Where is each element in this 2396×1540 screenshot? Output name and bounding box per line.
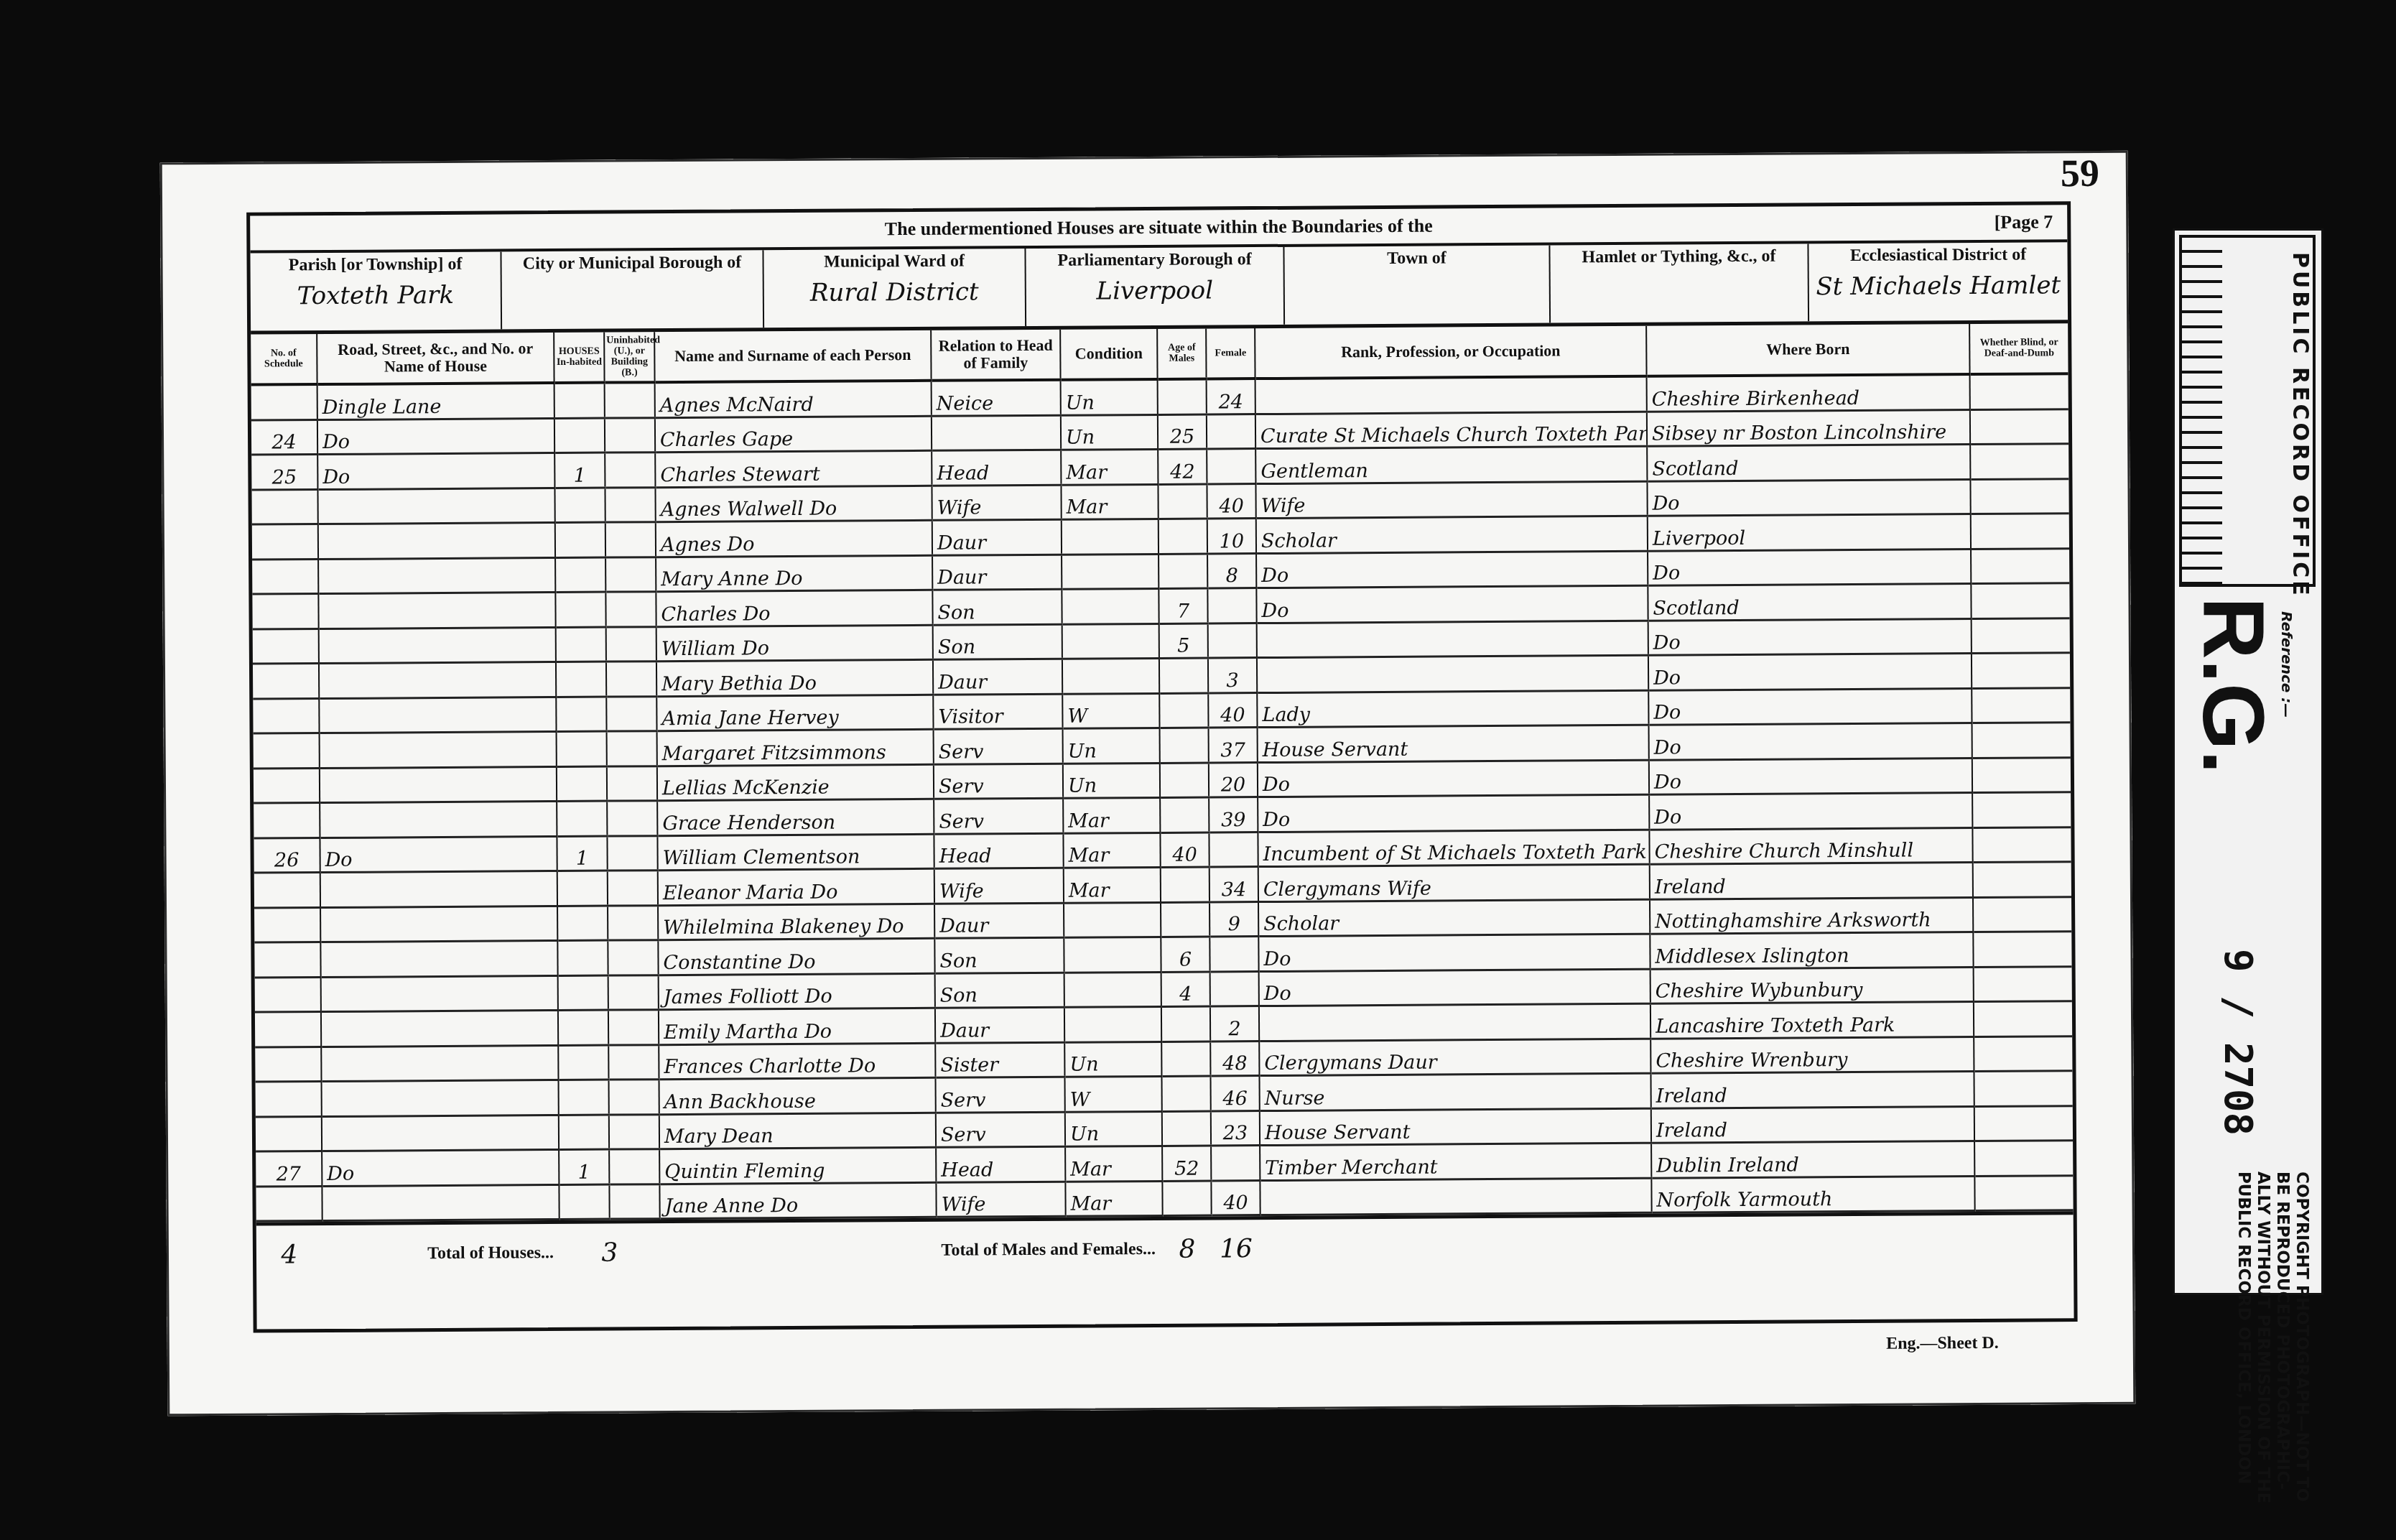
cell-occupation [1257, 655, 1648, 692]
cell-name: Charles Do [656, 590, 932, 626]
cell-condition [1062, 623, 1159, 659]
col-inhabited: HOUSES In-habited [554, 333, 604, 383]
cell-road [317, 488, 554, 524]
cell-name: Lellias McKenzie [657, 764, 934, 801]
cell-male: 7 [1158, 588, 1207, 623]
cell-road [320, 906, 557, 942]
cell-born: Do [1648, 688, 1972, 725]
cell-female: 37 [1209, 728, 1258, 763]
piece-number: 9 / 2708 [2216, 949, 2261, 1136]
cell-born: Ireland [1650, 1071, 1974, 1108]
cell-condition: Mar [1064, 867, 1161, 902]
cell-female [1209, 832, 1258, 867]
cell-name: William Do [656, 625, 933, 662]
cell-road [319, 697, 556, 733]
cell-name: Mary Dean [659, 1113, 936, 1149]
cell-name: Eleanor Maria Do [658, 868, 934, 905]
cell-road [319, 662, 556, 699]
cell-empty [605, 522, 656, 557]
cell-female: 8 [1207, 553, 1256, 588]
cell-schedule [251, 384, 317, 420]
cell-occupation: Clergymans Wife [1258, 864, 1650, 901]
total-males: 8 [1163, 1234, 1212, 1263]
place-value: St Michaels Hamlet [1815, 271, 2062, 301]
cell-condition: Un [1063, 728, 1160, 763]
cell-inhabited [558, 1045, 608, 1080]
cell-name: Agnes Walwell Do [655, 486, 932, 522]
cell-empty [605, 557, 656, 592]
cell-empty [607, 801, 657, 836]
cell-inhabited [554, 488, 605, 523]
cell-empty [1970, 478, 2068, 514]
cell-occupation: Wife [1255, 481, 1647, 519]
cell-schedule [254, 907, 320, 942]
cell-schedule [255, 977, 321, 1012]
col-road: Road, Street, &c., and No. or Name of Ho… [317, 333, 554, 384]
reference-strip: PUBLIC RECORD OFFICE Reference :— R.G. 9… [2173, 228, 2323, 1295]
cell-female: 39 [1209, 797, 1258, 832]
cell-empty [1974, 1105, 2073, 1141]
place-parish: Parish [or Township] of Toxteth Park [250, 251, 502, 330]
cell-inhabited [559, 1115, 609, 1150]
cell-male [1158, 379, 1207, 414]
place-value [1556, 272, 1802, 274]
cell-empty [1972, 687, 2070, 723]
cell-inhabited: 1 [557, 836, 607, 871]
cell-male [1160, 762, 1209, 797]
col-relation: Relation to Head of Family [931, 330, 1060, 381]
schedules-count: 4 [256, 1240, 322, 1270]
total-females: 16 [1212, 1234, 1260, 1263]
place-headers: Parish [or Township] of Toxteth Park Cit… [250, 242, 2068, 334]
cell-inhabited [559, 1184, 609, 1220]
cell-male [1159, 658, 1208, 693]
place-value: Rural District [770, 277, 1019, 307]
cell-empty [607, 835, 657, 871]
cell-relation: Daur [935, 1007, 1064, 1043]
cell-male [1158, 553, 1207, 588]
cell-empty [1973, 862, 2071, 897]
cell-born: Do [1648, 653, 1972, 690]
office-label: PUBLIC RECORD OFFICE [2288, 252, 2313, 598]
cell-male [1160, 797, 1209, 832]
cell-relation: Serv [936, 1112, 1065, 1148]
cell-name: Margaret Fitzsimmons [657, 729, 934, 766]
cell-inhabited [558, 975, 608, 1011]
cell-name: Frances Charlotte Do [659, 1043, 935, 1080]
cell-female: 46 [1210, 1076, 1259, 1111]
cell-born: Cheshire Church Minshull [1649, 827, 1972, 864]
place-city: City or Municipal Borough of [501, 250, 764, 329]
cell-schedule [254, 768, 320, 803]
cell-name: Agnes McNaird [655, 381, 932, 417]
cell-occupation: Do [1258, 794, 1649, 832]
cell-schedule: 24 [251, 419, 317, 455]
cell-empty [1974, 1175, 2073, 1210]
cell-relation: Serv [934, 728, 1063, 764]
cell-relation: Head [934, 833, 1063, 869]
cell-schedule [252, 594, 318, 629]
cell-male [1159, 692, 1208, 728]
cell-name: Emily Martha Do [659, 1008, 935, 1044]
ruler: PUBLIC RECORD OFFICE [2179, 235, 2316, 587]
cell-empty [605, 453, 655, 488]
cell-road: Dingle Lane [317, 383, 554, 419]
cell-road: Do [317, 453, 554, 490]
census-rows: Dingle LaneAgnes McNairdNeiceUn24Cheshir… [251, 374, 2074, 1221]
cell-empty [605, 487, 655, 522]
cell-empty [1971, 583, 2069, 618]
cell-female: 24 [1207, 379, 1255, 414]
cell-empty [608, 975, 659, 1010]
class-code: R.G. [2183, 597, 2283, 774]
place-value: Liverpool [1032, 276, 1278, 306]
cell-road [321, 975, 558, 1012]
cell-empty [605, 382, 655, 417]
cell-born: Ireland [1650, 862, 1973, 899]
cell-relation: Serv [935, 1077, 1064, 1113]
cell-relation: Daur [933, 659, 1062, 695]
cell-condition: Un [1061, 414, 1158, 450]
cell-inhabited [557, 766, 607, 802]
cell-female [1207, 588, 1256, 623]
cell-name: Charles Stewart [655, 450, 932, 487]
cell-condition: W [1062, 693, 1159, 728]
cell-male [1161, 901, 1209, 937]
cell-condition [1064, 1006, 1161, 1042]
cell-empty [1974, 1036, 2072, 1071]
cell-occupation: Nurse [1259, 1073, 1650, 1110]
cell-condition [1064, 972, 1161, 1007]
cell-name: Charles Gape [655, 416, 932, 453]
cell-empty [1972, 618, 2070, 653]
cell-road: Do [320, 836, 557, 873]
cell-empty [609, 1114, 659, 1149]
cell-condition: Un [1065, 1111, 1162, 1146]
cell-female: 34 [1209, 867, 1258, 902]
cell-road [322, 1184, 559, 1221]
cell-schedule [256, 1186, 322, 1221]
totals-row: 4 Total of Houses... 3 Total of Males an… [256, 1211, 2074, 1283]
cell-empty [1970, 374, 2068, 409]
cell-male: 25 [1158, 414, 1207, 449]
cell-road [321, 1045, 558, 1082]
cell-female [1209, 937, 1258, 972]
cell-born: Lancashire Toxteth Park [1650, 1001, 1974, 1038]
cell-relation: Wife [932, 485, 1061, 521]
cell-empty [1974, 1071, 2072, 1106]
folio-number: 59 [2061, 151, 2099, 195]
cell-empty [1972, 723, 2071, 758]
cell-empty [1971, 514, 2069, 549]
cell-empty [1972, 827, 2071, 862]
cell-name: Whilelmina Blakeney Do [658, 904, 934, 940]
cell-male [1162, 1180, 1211, 1215]
col-uninhabited: Uninhabited (U.), or Building (B.) [604, 332, 654, 382]
cell-empty [608, 940, 658, 975]
cell-road [319, 627, 556, 664]
place-ward: Municipal Ward of Rural District [763, 249, 1026, 328]
cell-male [1161, 1041, 1210, 1076]
cell-condition [1064, 902, 1161, 937]
census-sheet: 59 The undermentioned Houses are situate… [160, 151, 2136, 1416]
cell-occupation: Lady [1257, 690, 1648, 728]
col-condition: Condition [1060, 329, 1157, 380]
cell-male [1161, 1076, 1210, 1111]
cell-male [1158, 519, 1207, 554]
cell-condition: Mar [1065, 1181, 1162, 1216]
col-schedule: No. of Schedule [251, 334, 317, 385]
place-value: Toxteth Park [256, 281, 495, 311]
cell-road [322, 1115, 559, 1151]
cell-condition [1062, 554, 1158, 589]
cell-schedule: 26 [254, 838, 320, 873]
census-form: The undermentioned Houses are situate wi… [246, 201, 2077, 1332]
cell-inhabited [555, 557, 605, 593]
cell-born: Cheshire Birkenhead [1647, 374, 1970, 412]
cell-occupation: Do [1258, 934, 1650, 971]
cell-inhabited [558, 1010, 608, 1045]
cell-schedule [253, 664, 319, 699]
cell-relation: Sister [935, 1042, 1064, 1078]
cell-relation: Daur [932, 519, 1062, 555]
cell-name: Mary Anne Do [656, 555, 932, 592]
cell-empty [1972, 792, 2071, 827]
cell-male [1161, 1006, 1210, 1042]
cell-inhabited [556, 662, 606, 697]
cell-empty [1970, 409, 2068, 444]
cell-born: Cheshire Wybunbury [1650, 967, 1974, 1003]
cell-born: Do [1649, 792, 1972, 829]
cell-born: Norfolk Yarmouth [1651, 1176, 1974, 1212]
cell-schedule: 27 [256, 1151, 322, 1187]
cell-relation: Son [935, 973, 1064, 1008]
cell-empty [609, 1149, 659, 1184]
cell-occupation [1260, 1178, 1651, 1215]
cell-empty [1974, 966, 2072, 1001]
cell-relation: Son [934, 937, 1064, 973]
cell-inhabited [557, 801, 607, 836]
cell-born: Do [1649, 758, 1972, 794]
cell-condition: Mar [1063, 832, 1160, 868]
cell-condition [1064, 937, 1161, 972]
cell-relation: Son [933, 624, 1062, 660]
place-hamlet: Hamlet or Tything, &c., of [1550, 243, 1809, 323]
cell-female [1211, 1146, 1260, 1181]
cell-born: Do [1648, 618, 1972, 655]
cell-male [1162, 1110, 1211, 1146]
cell-empty [605, 417, 655, 453]
cell-condition: Mar [1061, 449, 1158, 484]
cell-inhabited: 1 [559, 1149, 609, 1184]
cell-occupation: Do [1256, 551, 1648, 588]
cell-occupation: Scholar [1258, 899, 1650, 937]
cell-condition: Un [1063, 763, 1160, 798]
cell-name: William Clementson [657, 834, 934, 871]
cell-schedule [251, 489, 317, 524]
cell-empty [608, 871, 658, 906]
cell-condition: Mar [1061, 484, 1158, 519]
cell-name: Constantine Do [658, 938, 934, 975]
cell-relation: Visitor [933, 694, 1062, 730]
cell-empty [605, 592, 656, 627]
cell-female: 20 [1209, 762, 1258, 797]
cell-condition: Un [1061, 379, 1158, 415]
cell-occupation: House Servant [1260, 1108, 1651, 1146]
cell-male: 40 [1160, 832, 1209, 867]
cell-inhabited [554, 383, 605, 418]
cell-female: 9 [1209, 901, 1258, 937]
cell-schedule [254, 942, 320, 978]
cell-male: 4 [1161, 971, 1210, 1006]
cell-schedule [253, 628, 319, 664]
cell-inhabited [557, 731, 607, 766]
col-age-females: Female [1206, 328, 1255, 379]
cell-male [1160, 728, 1209, 763]
cell-relation: Wife [934, 868, 1064, 904]
cell-road [321, 1011, 558, 1047]
cell-road [318, 593, 555, 629]
cell-condition [1062, 588, 1158, 623]
cell-road [320, 802, 557, 838]
cell-relation: Head [932, 450, 1061, 486]
cell-schedule [254, 873, 320, 908]
cell-relation [932, 415, 1061, 451]
cell-road: Do [322, 1150, 559, 1187]
place-value [1291, 274, 1543, 276]
cell-empty [606, 626, 656, 662]
cell-inhabited [555, 522, 605, 557]
cell-relation: Wife [936, 1182, 1065, 1217]
cell-born: Ireland [1651, 1106, 1974, 1143]
cell-occupation: Incumbent of St Michaels Toxteth Park [1258, 830, 1649, 867]
cell-road [320, 732, 557, 769]
cell-born: Do [1649, 723, 1972, 759]
cell-occupation: Do [1256, 585, 1648, 623]
copyright-notice: COPYRIGHT PHOTOGRAPH—NOT TO BE REPRODUCE… [2234, 1172, 2311, 1503]
cell-empty [608, 1044, 659, 1080]
cell-schedule [254, 733, 320, 769]
cell-name: Agnes Do [656, 520, 932, 557]
cell-born: Dublin Ireland [1651, 1141, 1974, 1177]
cell-relation: Son [932, 589, 1062, 625]
cell-relation: Daur [934, 903, 1064, 939]
total-houses-value: 3 [559, 1238, 660, 1268]
cell-name: James Folliott Do [659, 973, 935, 1010]
cell-empty [1974, 1141, 2073, 1176]
cell-inhabited [557, 871, 608, 906]
cell-born: Do [1647, 479, 1970, 516]
cell-schedule: 25 [251, 455, 317, 490]
census-table: No. of Schedule Road, Street, &c., and N… [251, 323, 2074, 1222]
cell-empty [1973, 896, 2071, 932]
cell-female [1207, 449, 1255, 484]
cell-schedule [255, 1012, 321, 1047]
cell-occupation: Gentleman [1255, 446, 1647, 483]
cell-empty [1972, 757, 2071, 792]
cell-name: Mary Bethia Do [656, 659, 933, 696]
cell-occupation [1255, 376, 1647, 414]
cell-empty [607, 766, 657, 801]
cell-condition: Mar [1063, 797, 1160, 832]
cell-road [318, 557, 555, 594]
cell-born: Middlesex Islington [1650, 932, 1973, 968]
cell-road [318, 523, 555, 560]
cell-born: Scotland [1648, 583, 1971, 620]
cell-name: Ann Backhouse [659, 1077, 936, 1114]
cell-road [320, 766, 557, 803]
place-parliamentary-borough: Parliamentary Borough of Liverpool [1026, 247, 1285, 326]
cell-born: Sibsey nr Boston Lincolnshire [1647, 409, 1970, 446]
cell-female: 48 [1210, 1041, 1259, 1076]
cell-name: Amia Jane Hervey [656, 695, 933, 731]
cell-road [320, 871, 557, 908]
cell-empty [608, 1010, 659, 1045]
cell-male [1158, 483, 1207, 519]
cell-inhabited [557, 906, 608, 941]
cell-relation: Daur [932, 555, 1062, 590]
col-age-males: Age of Males [1157, 328, 1206, 379]
col-name: Name and Surname of each Person [654, 330, 931, 382]
cell-inhabited [556, 627, 606, 662]
cell-relation: Serv [934, 798, 1063, 834]
cell-born: Nottinghamshire Arksworth [1650, 897, 1973, 934]
cell-female: 40 [1211, 1180, 1260, 1215]
cell-occupation: Do [1258, 760, 1649, 797]
cell-inhabited: 1 [554, 453, 605, 488]
cell-condition: Mar [1065, 1146, 1162, 1181]
cell-occupation [1257, 621, 1648, 658]
cell-born: Liverpool [1648, 514, 1971, 550]
cell-inhabited [556, 697, 606, 732]
cell-empty [1970, 444, 2068, 479]
col-occupation: Rank, Profession, or Occupation [1255, 326, 1646, 379]
cell-inhabited [555, 592, 605, 627]
place-value [508, 279, 757, 280]
banner-text: The undermentioned Houses are situate wi… [885, 215, 1433, 240]
cell-female: 10 [1207, 519, 1256, 554]
cell-schedule [256, 1116, 322, 1151]
cell-name: Quintin Fleming [659, 1147, 936, 1184]
cell-male [1161, 867, 1209, 902]
cell-schedule [252, 559, 318, 594]
total-houses-label: Total of Houses... [322, 1243, 559, 1264]
cell-female: 40 [1207, 483, 1255, 519]
cell-female: 2 [1210, 1006, 1259, 1042]
cell-born: Scotland [1647, 444, 1970, 481]
cell-schedule [253, 698, 319, 733]
cell-empty [1971, 548, 2069, 583]
place-ecclesiastical-district: Ecclesiastical District of St Michaels H… [1808, 242, 2068, 321]
cell-empty [609, 1184, 659, 1219]
cell-empty [608, 905, 658, 940]
cell-occupation: House Servant [1258, 725, 1649, 762]
place-town: Town of [1284, 246, 1551, 325]
cell-female: 40 [1208, 692, 1257, 728]
cell-male: 52 [1162, 1146, 1211, 1181]
cell-schedule [256, 1082, 322, 1117]
cell-condition: Un [1064, 1042, 1161, 1077]
cell-female [1208, 623, 1257, 658]
cell-condition [1062, 658, 1159, 693]
ruler-ticks [2182, 238, 2222, 584]
cell-empty [606, 696, 656, 731]
cell-female [1207, 414, 1255, 449]
cell-male: 6 [1161, 937, 1209, 972]
cell-condition [1062, 519, 1158, 554]
cell-schedule [255, 1047, 321, 1082]
cell-road [320, 941, 557, 978]
